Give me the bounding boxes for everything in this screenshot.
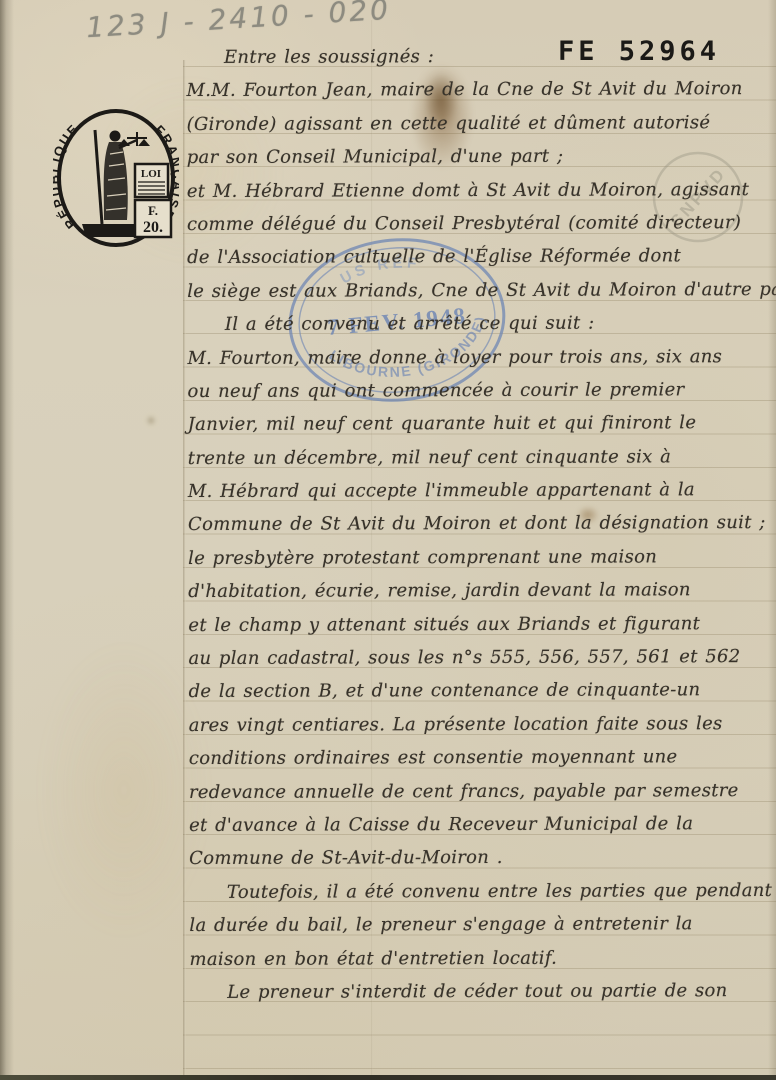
svg-text:F.: F. bbox=[148, 203, 158, 218]
fold-crease-left bbox=[183, 60, 186, 1080]
manuscript-line: le presbytère protestant comprenant une … bbox=[188, 540, 774, 575]
manuscript-line: M. Hébrard qui accepte l'immeuble appart… bbox=[188, 473, 774, 508]
manuscript-line: trente un décembre, mil neuf cent cinqua… bbox=[188, 440, 774, 475]
svg-text:RÉPUBLIQUE: RÉPUBLIQUE bbox=[53, 120, 82, 231]
manuscript-line: (Gironde) agissant en cette qualité et d… bbox=[187, 106, 773, 141]
manuscript-line: Janvier, mil neuf cent quarante huit et … bbox=[188, 406, 774, 441]
fiscal-stamp-arc-left: RÉPUBLIQUE bbox=[53, 120, 82, 231]
page-bottom-edge bbox=[0, 1075, 776, 1080]
manuscript-line: Entre les soussignés : bbox=[186, 39, 772, 74]
page-left-edge bbox=[0, 0, 14, 1080]
paper-stain bbox=[146, 416, 156, 425]
scanned-document-page: 123 J - 2410 - 020 FE 52964 RÉPUBLIQUE F… bbox=[0, 0, 776, 1080]
manuscript-line: par son Conseil Municipal, d'une part ; bbox=[187, 139, 773, 174]
manuscript-line: et M. Hébrard Etienne domt à St Avit du … bbox=[187, 173, 773, 208]
manuscript-line: Toutefois, il a été convenu entre les pa… bbox=[189, 874, 775, 909]
manuscript-line: d'habitation, écurie, remise, jardin dev… bbox=[188, 573, 774, 608]
manuscript-line: conditions ordinaires est consentie moye… bbox=[189, 740, 775, 775]
manuscript-text-block: Entre les soussignés : M.M. Fourton Jean… bbox=[186, 39, 775, 1009]
svg-text:20.: 20. bbox=[143, 219, 163, 236]
manuscript-line: M.M. Fourton Jean, maire de la Cne de St… bbox=[186, 72, 772, 107]
manuscript-line: et le champ y attenant situés aux Briand… bbox=[188, 607, 774, 642]
manuscript-line: comme délégué du Conseil Presbytéral (co… bbox=[187, 206, 773, 241]
manuscript-line: ares vingt centiares. La présente locati… bbox=[189, 707, 775, 742]
manuscript-line: au plan cadastral, sous les n°s 555, 556… bbox=[188, 640, 774, 675]
manuscript-line: la durée du bail, le preneur s'engage à … bbox=[189, 907, 775, 942]
svg-text:LOI: LOI bbox=[141, 168, 161, 180]
manuscript-line: le siège est aux Briands, Cne de St Avit… bbox=[187, 273, 773, 308]
manuscript-line: Le preneur s'interdit de céder tout ou p… bbox=[190, 974, 776, 1009]
fiscal-stamp-law-tablet: LOI bbox=[135, 164, 168, 197]
manuscript-line: maison en bon état d'entretien locatif. bbox=[189, 941, 775, 976]
fiscal-stamp-republique-francaise: RÉPUBLIQUE FRANÇAISE LOI F. 20. bbox=[53, 106, 179, 250]
fiscal-stamp-denomination: F. 20. bbox=[135, 200, 171, 237]
manuscript-line: et d'avance à la Caisse du Receveur Muni… bbox=[189, 807, 775, 842]
manuscript-line: de la section B, et d'une contenance de … bbox=[189, 673, 775, 708]
page-right-edge bbox=[768, 0, 776, 1080]
manuscript-line: Il a été convenu et arrêté ce qui suit : bbox=[187, 306, 773, 341]
manuscript-line: Commune de St Avit du Moiron et dont la … bbox=[188, 506, 774, 541]
manuscript-line: ou neuf ans qui ont commencée à courir l… bbox=[187, 373, 773, 408]
manuscript-line: M. Fourton, maire donne à loyer pour tro… bbox=[187, 339, 773, 374]
manuscript-line: Commune de St-Avit-du-Moiron . bbox=[189, 840, 775, 875]
manuscript-line: redevance annuelle de cent francs, payab… bbox=[189, 774, 775, 809]
manuscript-line: de l'Association cultuelle de l'Église R… bbox=[187, 239, 773, 274]
pencil-reference-number: 123 J - 2410 - 020 bbox=[85, 0, 392, 44]
